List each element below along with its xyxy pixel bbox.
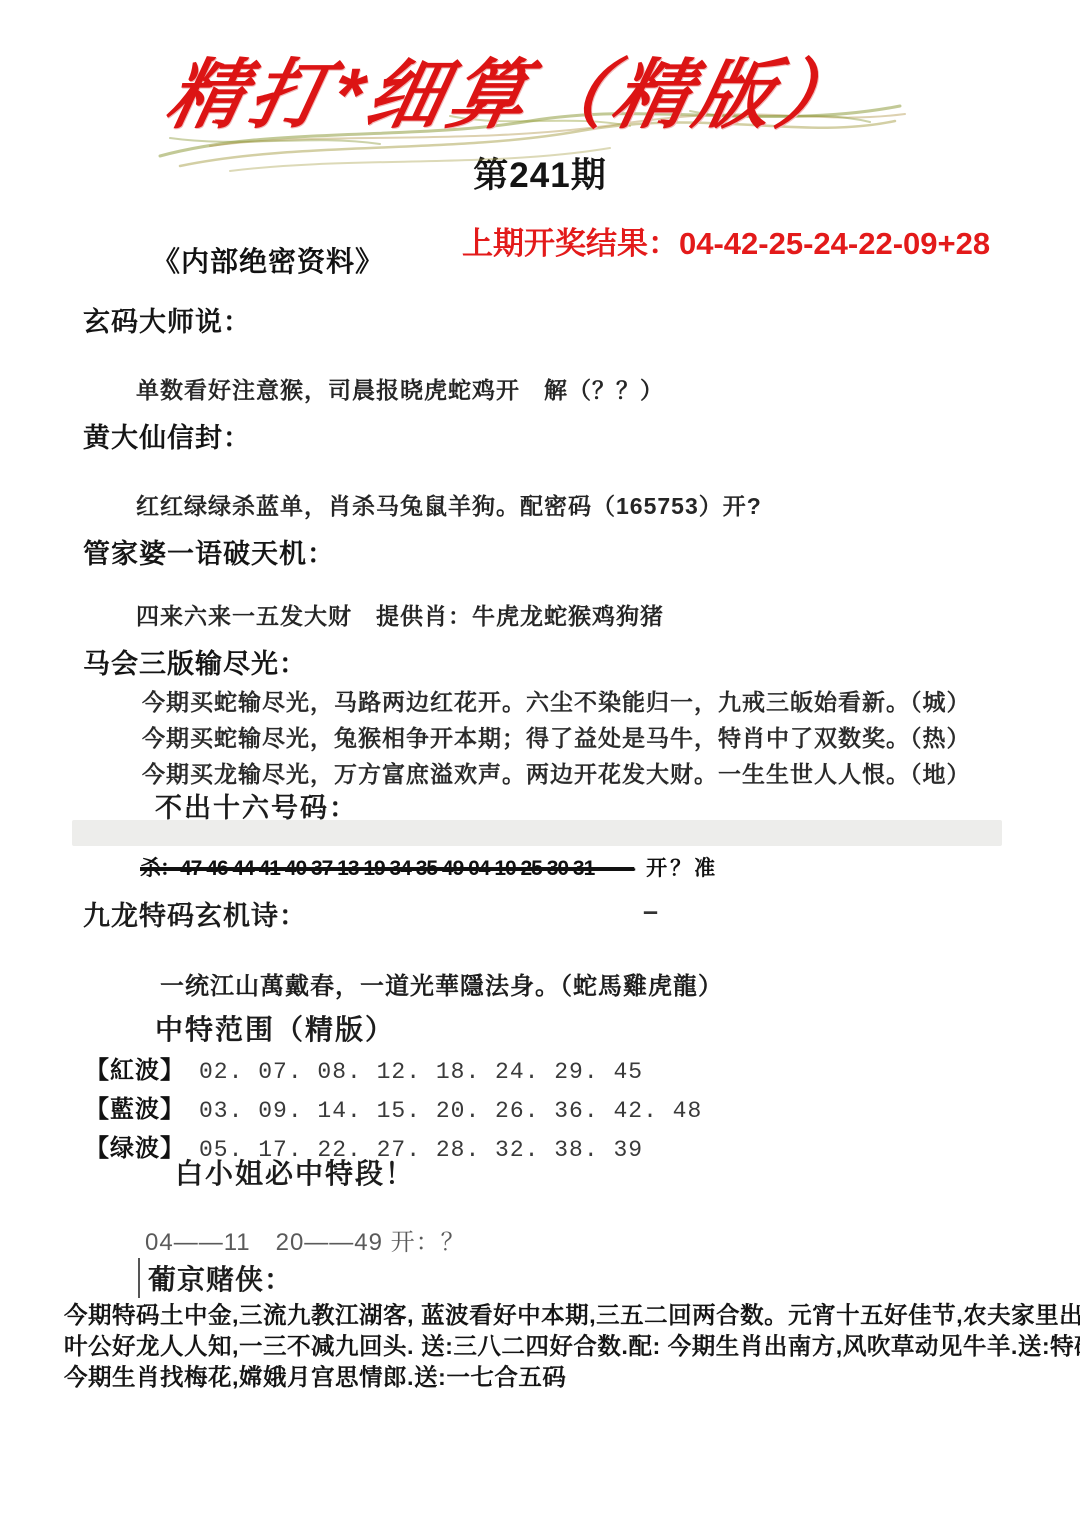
- kill-numbers-line: 杀：47 46 44 41 40 37 13 19 34 35 49 04 10…: [140, 852, 718, 882]
- jiulong-poem-text: 一统江山萬戴春，一道光華隱法身。（蛇馬雞虎龍）: [160, 966, 723, 1001]
- mahui-verse-lines: 今期买蛇输尽光，马路两边红花开。六尘不染能归一，九戒三皈始看新。（城） 今期买蛇…: [142, 684, 971, 792]
- stray-dash-mark: –: [643, 896, 659, 927]
- wave-row-blue: 【藍波】03. 09. 14. 15. 20. 26. 36. 42. 48: [85, 1091, 702, 1130]
- wave-name-red: 【紅波】: [85, 1057, 185, 1084]
- section-content-huangdaxian: 红红绿绿杀蓝单，肖杀马兔鼠羊狗。配密码（165753）开?: [136, 488, 762, 521]
- pujing-line-2: 叶公好龙人人知,一三不减九回头. 送:三八二四好合数.配: 今期生肖出南方,风吹…: [64, 1331, 1032, 1362]
- kill-numbers-suffix: 开？准: [646, 857, 718, 880]
- page-title: 精打*细算（精版）: [158, 34, 901, 143]
- secret-material-label: 《内部绝密资料》: [152, 240, 384, 280]
- pujing-line-3: 今期生肖找梅花,嫦娥月宫思情郎.送:一七合五码: [64, 1362, 1032, 1393]
- scan-artifact-band: [72, 820, 1002, 846]
- jiulong-poem-label-row: 九龙特码玄机诗： –: [83, 894, 783, 933]
- section-label-xuanma-master: 玄码大师说：: [83, 300, 251, 339]
- mahui-line-2: 今期买蛇输尽光，兔猴相争开本期；得了益处是马牛，特肖中了双数奖。（热）: [142, 720, 971, 756]
- pujing-label: 葡京赌侠：: [138, 1258, 293, 1298]
- pujing-line-1: 今期特码土中金,三流九教江湖客, 蓝波看好中本期,三五二回两合数。元宵十五好佳节…: [64, 1300, 1032, 1331]
- tip-sheet-page: 精打*细算（精版） 第241期 《内部绝密资料》 上期开奖结果：04-42-25…: [0, 0, 1080, 1527]
- wave-numbers-blue: 03. 09. 14. 15. 20. 26. 36. 42. 48: [199, 1098, 702, 1124]
- mahui-line-1: 今期买蛇输尽光，马路两边红花开。六尘不染能归一，九戒三皈始看新。（城）: [142, 684, 971, 720]
- section-label-guanjiapo: 管家婆一语破天机：: [83, 532, 335, 571]
- section-label-mahui: 马会三版输尽光：: [83, 642, 307, 681]
- baixiaojie-title: 白小姐必中特段！: [175, 1152, 415, 1192]
- section-content-xuanma-master: 单数看好注意猴，司晨报晓虎蛇鸡开 解（？？）: [136, 372, 664, 405]
- baixiaojie-segment: 04——11 20——49 开：？: [145, 1222, 466, 1257]
- section-label-huangdaxian: 黄大仙信封：: [83, 416, 251, 455]
- kill-numbers-struck: 杀：47 46 44 41 40 37 13 19 34 35 49 04 10…: [140, 857, 634, 880]
- wave-row-red: 【紅波】02. 07. 08. 12. 18. 24. 29. 45: [85, 1052, 702, 1091]
- title-banner: 精打*细算（精版）: [170, 34, 890, 164]
- pujing-paragraph: 今期特码土中金,三流九教江湖客, 蓝波看好中本期,三五二回两合数。元宵十五好佳节…: [64, 1300, 1032, 1393]
- info-row: 《内部绝密资料》 上期开奖结果：04-42-25-24-22-09+28: [0, 212, 1080, 282]
- wave-numbers-red: 02. 07. 08. 12. 18. 24. 29. 45: [199, 1059, 643, 1085]
- wave-name-green: 【绿波】: [85, 1135, 185, 1162]
- range-title: 中特范围（精版）: [155, 1008, 395, 1048]
- section-content-guanjiapo: 四来六来一五发大财 提供肖：牛虎龙蛇猴鸡狗猪: [136, 598, 664, 631]
- wave-name-blue: 【藍波】: [85, 1096, 185, 1123]
- jiulong-poem-label: 九龙特码玄机诗：: [83, 901, 307, 931]
- last-draw-result: 上期开奖结果：04-42-25-24-22-09+28: [462, 218, 990, 263]
